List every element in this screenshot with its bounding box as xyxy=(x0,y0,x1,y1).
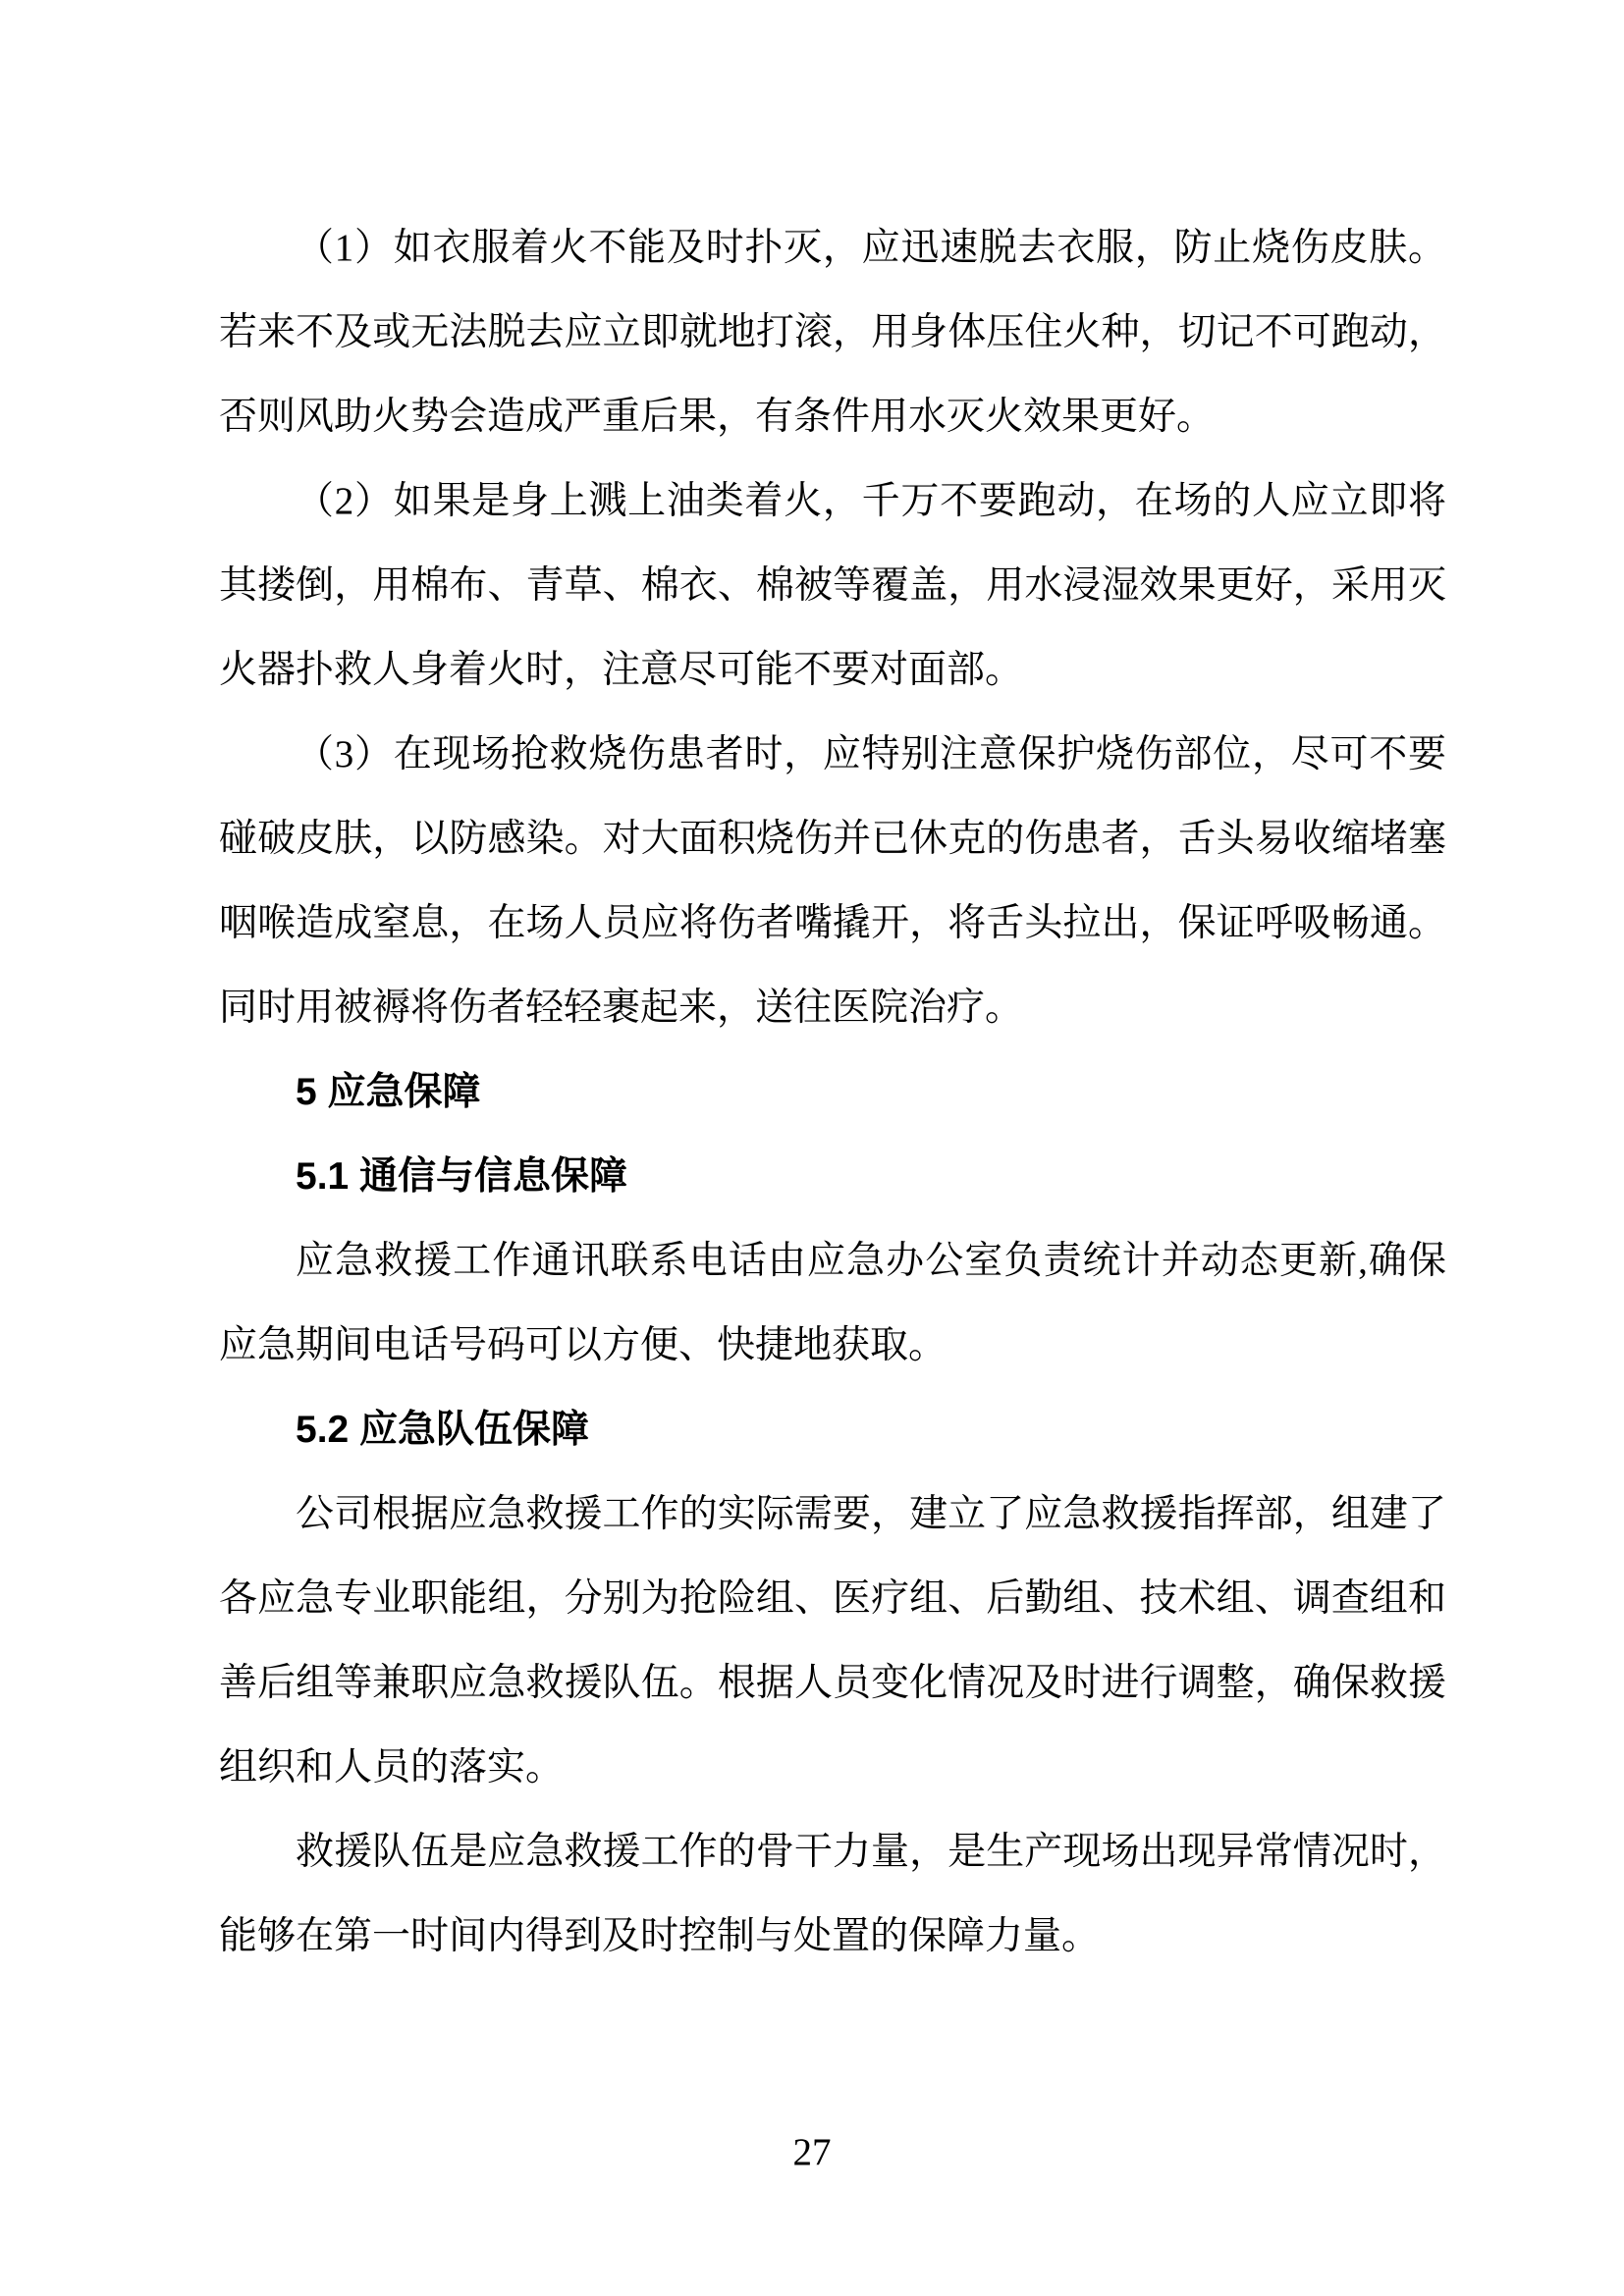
paragraph-fire-clothing-instructions: （1）如衣服着火不能及时扑灭，应迅速脱去衣服，防止烧伤皮肤。若来不及或无法脱去应… xyxy=(219,206,1446,459)
section-heading-5-2-emergency-team-support: 5.2 应急队伍保障 xyxy=(219,1388,1446,1472)
paragraph-oil-fire-instructions: （2）如果是身上溅上油类着火，千万不要跑动，在场的人应立即将其搂倒，用棉布、青草… xyxy=(219,459,1446,713)
section-heading-5-emergency-support: 5 应急保障 xyxy=(219,1050,1446,1135)
paragraph-rescue-team-role: 救援队伍是应急救援工作的骨干力量，是生产现场出现异常情况时，能够在第一时间内得到… xyxy=(219,1810,1446,1979)
document-page: （1）如衣服着火不能及时扑灭，应迅速脱去衣服，防止烧伤皮肤。若来不及或无法脱去应… xyxy=(0,0,1624,2296)
page-number: 27 xyxy=(0,2132,1624,2174)
paragraph-emergency-team-organization: 公司根据应急救援工作的实际需要，建立了应急救援指挥部，组建了各应急专业职能组，分… xyxy=(219,1472,1446,1810)
section-heading-5-1-communication-support: 5.1 通信与信息保障 xyxy=(219,1135,1446,1219)
document-content: （1）如衣服着火不能及时扑灭，应迅速脱去衣服，防止烧伤皮肤。若来不及或无法脱去应… xyxy=(219,206,1446,1979)
paragraph-communication-support: 应急救援工作通讯联系电话由应急办公室负责统计并动态更新,确保应急期间电话号码可以… xyxy=(219,1219,1446,1388)
paragraph-burn-victim-rescue: （3）在现场抢救烧伤患者时，应特别注意保护烧伤部位，尽可不要碰破皮肤，以防感染。… xyxy=(219,713,1446,1050)
